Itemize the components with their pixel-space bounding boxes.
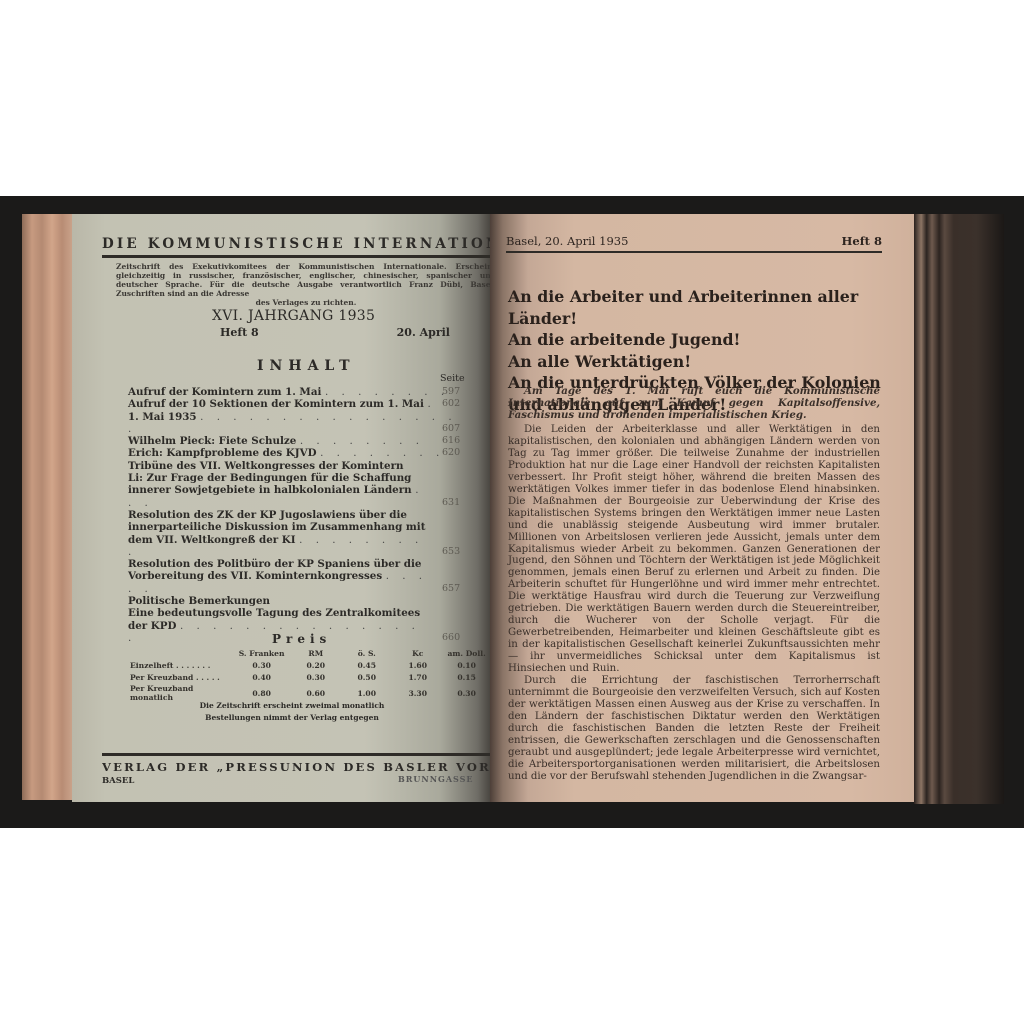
subhead-last-line: des Verlages zu richten. xyxy=(116,298,496,307)
issue-number: Heft 8 xyxy=(220,326,259,339)
price-note-orders: Bestellungen nimmt der Verlag entgegen xyxy=(192,712,392,724)
issue-date: 20. April xyxy=(397,326,450,339)
toc-entry: Aufruf der Komintern zum 1. Mai . . . . … xyxy=(128,386,468,398)
publisher-city: BASEL xyxy=(102,776,134,786)
headline-line: An die arbeitende Jugend! xyxy=(508,329,898,351)
price-row: Per Kreuzband . . . . . 0.40 0.30 0.50 1… xyxy=(130,672,490,684)
header-issue: Heft 8 xyxy=(842,234,882,248)
toc-entry: Resolution des ZK der KP Jugoslawiens üb… xyxy=(128,509,432,558)
price-header-row: S. Franken RM ö. S. Kc am. Doll. xyxy=(130,648,490,660)
page-column-label: Seite xyxy=(440,373,465,384)
toc-entry: Resolution des Politbüro der KP Spaniens… xyxy=(128,558,432,595)
headline-line: An alle Werktätigen! xyxy=(508,351,898,373)
toc-entry: Erich: Kampfprobleme des KJVD . . . . . … xyxy=(128,447,468,459)
publisher-line: VERLAG DER „PRESSUNION DES BASLER VORWÄR… xyxy=(102,760,492,774)
running-header: Basel, 20. April 1935 Heft 8 xyxy=(506,234,882,248)
masthead: DIE KOMMUNISTISCHE INTERNATIONALE xyxy=(102,236,502,252)
book-page-edges-left xyxy=(22,214,72,800)
book-page-edges-right xyxy=(914,214,1004,804)
toc-entry: 1. Mai 1935 . . . . . . . . . . . . . . … xyxy=(128,411,468,436)
price-table: S. Franken RM ö. S. Kc am. Doll. Einzelh… xyxy=(130,648,490,703)
toc-section-heading: Politische Bemerkungen xyxy=(128,595,468,607)
price-note-frequency: Die Zeitschrift erscheint zweimal monatl… xyxy=(192,700,392,712)
publisher-street: BRUNNGASSE xyxy=(398,774,474,784)
volume-title: XVI. JAHRGANG 1935 xyxy=(212,308,375,324)
header-rule xyxy=(506,251,882,253)
price-row: Einzelheft . . . . . . . 0.30 0.20 0.45 … xyxy=(130,660,490,672)
article-body: Die Leiden der Arbeiterklasse und aller … xyxy=(508,424,880,783)
toc-entry: Aufruf der 10 Sektionen der Komintern zu… xyxy=(128,398,468,410)
contents-title: INHALT xyxy=(257,358,356,374)
subhead: Zeitschrift des Exekutivkomitees der Kom… xyxy=(116,262,496,307)
price-title: Preis xyxy=(272,632,331,646)
table-of-contents: Aufruf der Komintern zum 1. Mai . . . . … xyxy=(128,386,468,644)
price-note: Die Zeitschrift erscheint zweimal monatl… xyxy=(192,700,392,724)
headline-line: An die Arbeiter und Arbeiterinnen aller … xyxy=(508,286,898,329)
issue-info: Heft 8 20. April xyxy=(220,326,450,339)
body-paragraph: Die Leiden der Arbeiterklasse und aller … xyxy=(508,424,880,675)
toc-section-heading: Tribüne des VII. Weltkongresses der Komi… xyxy=(128,460,468,472)
header-date: Basel, 20. April 1935 xyxy=(506,234,628,248)
intro-paragraph: Am Tage des 1. Mai ruft euch die Kommuni… xyxy=(508,386,880,421)
toc-entry: Li: Zur Frage der Bedingungen für die Sc… xyxy=(128,472,432,509)
body-paragraph: Durch die Errichtung der faschistischen … xyxy=(508,675,880,783)
left-page: DIE KOMMUNISTISCHE INTERNATIONALE Zeitsc… xyxy=(72,214,490,802)
right-page: Basel, 20. April 1935 Heft 8 An die Arbe… xyxy=(490,214,914,802)
masthead-rule xyxy=(102,255,490,258)
subhead-text: Zeitschrift des Exekutivkomitees der Kom… xyxy=(116,262,496,298)
footer-rule xyxy=(102,753,490,756)
toc-entry: Wilhelm Pieck: Fiete Schulze . . . . . .… xyxy=(128,435,468,447)
